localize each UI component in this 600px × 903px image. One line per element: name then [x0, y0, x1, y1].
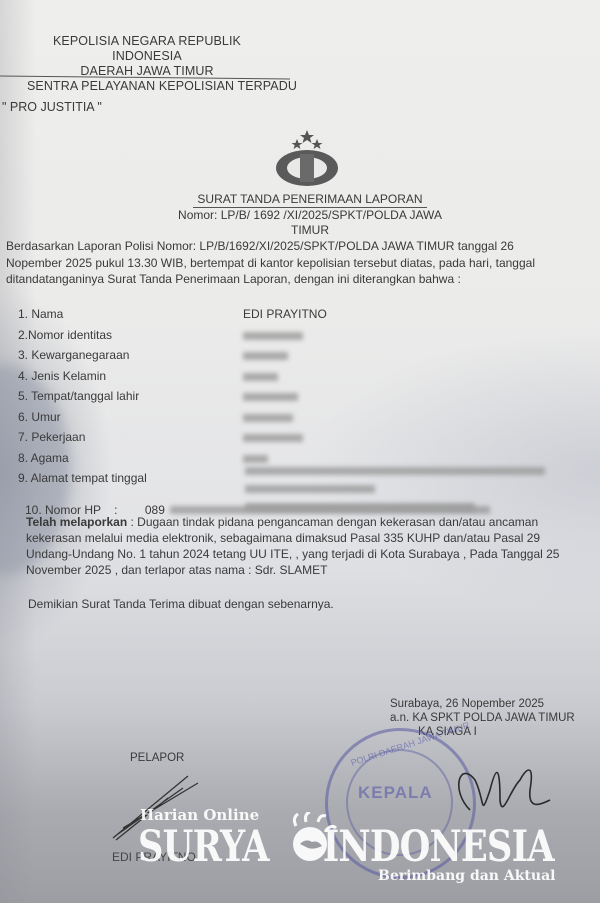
field-label: 5. Tempat/tanggal lahir	[18, 389, 139, 403]
report-number: Nomor: LP/B/ 1692 /XI/2025/SPKT/POLDA JA…	[178, 208, 442, 237]
place-date: Surabaya, 26 Nopember 2025	[390, 697, 575, 711]
sun-logo-icon	[282, 812, 338, 868]
field-value-redacted	[243, 430, 303, 445]
field-label: 3. Kewarganegaraan	[18, 348, 129, 362]
reporter-label: PELAPOR	[130, 752, 184, 764]
letterhead-line-3: SENTRA PELAYANAN KEPOLISIAN TERPADU	[22, 79, 302, 94]
title-main: SURAT TANDA PENERIMAAN LAPORAN	[193, 192, 426, 208]
letterhead: KEPOLISIA NEGARA REPUBLIK INDONESIA DAER…	[22, 34, 302, 94]
on-behalf: a.n. KA SPKT POLDA JAWA TIMUR	[390, 711, 575, 725]
report-label: Telah melaporkan	[26, 515, 127, 529]
field-label: 9. Alamat tempat tinggal	[18, 471, 147, 485]
report-paragraph: Telah melaporkan : Dugaan tindak pidana …	[26, 514, 566, 578]
field-value: EDI PRAYITNO	[243, 307, 327, 321]
field-value-redacted	[243, 410, 293, 425]
field-label: 4. Jenis Kelamin	[18, 369, 106, 383]
field-value-redacted	[243, 389, 298, 404]
field-value-redacted	[243, 328, 303, 343]
pro-justitia: " PRO JUSTITIA "	[2, 100, 102, 114]
phone-redacted	[170, 506, 490, 514]
stamp-center-text: KEPALA	[358, 783, 433, 803]
watermark-tagline: Berimbang dan Aktual	[378, 868, 555, 884]
police-emblem-icon	[274, 130, 340, 188]
intro-paragraph: Berdasarkan Laporan Polisi Nomor: LP/B/1…	[6, 238, 566, 288]
document-title: SURAT TANDA PENERIMAAN LAPORAN Nomor: LP…	[160, 192, 460, 238]
field-label: 2.Nomor identitas	[18, 328, 112, 342]
field-label: 6. Umur	[18, 410, 61, 424]
watermark-brand: SURYAINDONESIA	[138, 822, 554, 872]
field-label: 7. Pekerjaan	[18, 430, 85, 444]
field-label: 8. Agama	[18, 451, 69, 465]
field-value-redacted	[243, 369, 278, 384]
letterhead-line-1: KEPOLISIA NEGARA REPUBLIK INDONESIA	[22, 34, 272, 64]
field-value-redacted	[243, 348, 288, 363]
field-label: 1. Nama	[18, 307, 63, 321]
closing-statement: Demikian Surat Tanda Terima dibuat denga…	[28, 597, 334, 611]
